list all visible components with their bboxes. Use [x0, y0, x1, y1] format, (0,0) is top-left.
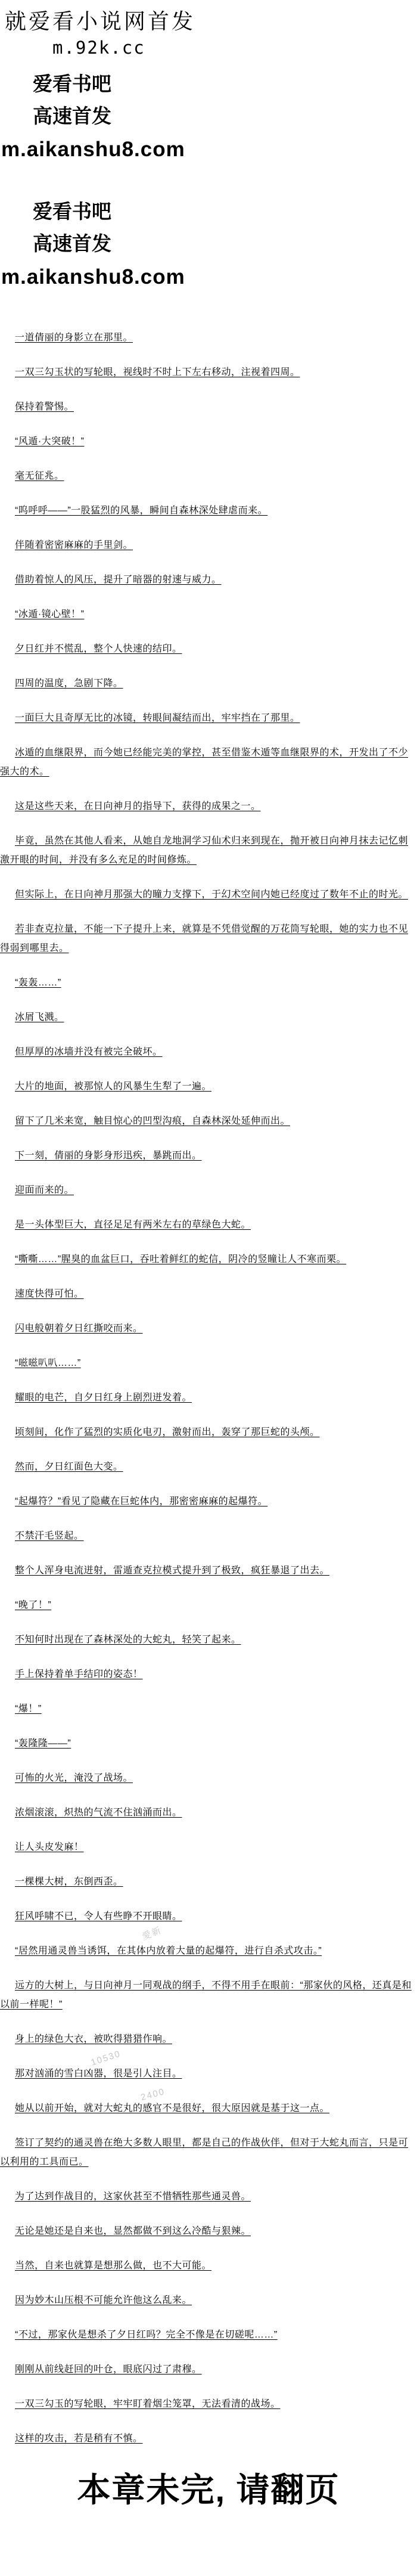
novel-paragraph: 冰屑飞溅。: [0, 1008, 417, 1027]
novel-paragraph: 刚刚从前线赶回的叶仓，眼底闪过了肃穆。: [0, 2360, 417, 2379]
novel-paragraph: 冰遁的血继限界，而今她已经能完美的掌控，甚至借鉴木遁等血继限界的术，开发出了不少…: [0, 743, 417, 782]
novel-paragraph: “轰隆隆——”: [0, 1734, 417, 1753]
novel-paragraph: 但实际上，在日向神月那强大的瞳力支撑下，于幻术空间内她已经度过了数年不止的时光。: [0, 885, 417, 904]
novel-paragraph: 迎面而来的。: [0, 1181, 417, 1200]
novel-paragraph: 闪电般朝着夕日红撕咬而来。: [0, 1319, 417, 1338]
novel-paragraph: 大片的地面，被那惊人的风暴生生犁了一遍。: [0, 1077, 417, 1096]
novel-paragraph: 四周的温度，急剧下降。: [0, 674, 417, 693]
novel-paragraph: 耀眼的电芒，自夕日红身上剧烈迸发着。: [0, 1388, 417, 1408]
novel-content: 一道倩丽的身影立在那里。一双三勾玉状的写轮眼，视线时不时上下左右移动，注视着四周…: [0, 328, 417, 2448]
novel-paragraph: 伴随着密密麻麻的手里剑。: [0, 536, 417, 555]
novel-paragraph: 远方的大树上，与日向神月一同观战的纲手，不得不用手在眼前：“那家伙的风格，还真是…: [0, 1976, 417, 2014]
novel-paragraph: 浓烟滚滚，炽热的气流不住汹涌而出。: [0, 1803, 417, 1822]
novel-paragraph: 狂风呼啸不已，令人有些睁不开眼睛。: [0, 1907, 417, 1926]
promo-block-2: 爱看书吧 高速首发 m.aikanshu8.com: [0, 200, 417, 289]
novel-paragraph: 但厚厚的冰墙并没有被完全破坏。: [0, 1043, 417, 1062]
novel-paragraph: “轰轰……”: [0, 974, 417, 993]
novel-paragraph: “呜呼呼——”一股猛烈的风暴，瞬间自森林深处肆虐而来。: [0, 501, 417, 520]
novel-paragraph: 签订了契约的通灵兽在绝大多数人眼里，都是自己的作战伙伴，但对于大蛇丸而言，只是可…: [0, 2134, 417, 2172]
chapter-unfinished-notice: 本章未完, 请翻页: [0, 2464, 417, 2519]
promo-speed-label: 高速首发: [33, 232, 417, 256]
novel-paragraph: “居然用通灵兽当诱饵，在其体内放着大量的起爆符，进行自杀式攻击。”: [0, 1942, 417, 1961]
novel-paragraph: 毕竟，虽然在其他人看来，从她自龙地洞学习仙术归来到现在，抛开被日向神月抹去记忆刺…: [0, 832, 417, 870]
novel-paragraph: “爆！”: [0, 1700, 417, 1719]
novel-paragraph: 整个人浑身电流迸射，雷遁查克拉模式提升到了极致，疯狂暴退了出去。: [0, 1561, 417, 1580]
novel-paragraph: 下一刻，倩丽的身影身形迅疾，暴跳而出。: [0, 1146, 417, 1165]
novel-paragraph: 不禁汗毛竖起。: [0, 1527, 417, 1546]
novel-paragraph: 保持着警惕。: [0, 398, 417, 417]
novel-paragraph: 一面巨大且奇厚无比的冰镜，转眼间凝结而出，牢牢挡在了那里。: [0, 709, 417, 728]
site-url-link[interactable]: m.92k.cc: [52, 38, 417, 58]
novel-paragraph: 留下了几米来宽，触目惊心的凹型沟痕，自森林深处延伸而出。: [0, 1112, 417, 1131]
promo-speed-label: 高速首发: [33, 104, 417, 128]
novel-paragraph: 手上保持着单手结印的姿态！: [0, 1665, 417, 1684]
novel-paragraph: 顷刻间，化作了猛烈的实质化电刃，激射而出，轰穿了那巨蛇的头颅。: [0, 1423, 417, 1442]
novel-paragraph: 不知何时出现在了森林深处的大蛇丸，轻笑了起来。: [0, 1630, 417, 1650]
novel-paragraph: 然而，夕日红面色大变。: [0, 1458, 417, 1477]
promo-url-link[interactable]: m.aikanshu8.com: [1, 265, 417, 289]
novel-paragraph: “嘶嘶……”腥臭的血盆巨口，吞吐着鲜红的蛇信，阴冷的竖瞳让人不寒而栗。: [0, 1250, 417, 1269]
novel-paragraph: “晚了！”: [0, 1596, 417, 1615]
novel-paragraph: 一双三勾玉的写轮眼，牢牢盯着烟尘笼罩，无法看清的战场。: [0, 2395, 417, 2414]
novel-paragraph: 当然，自来也就算是想那么做，也不大可能。: [0, 2256, 417, 2276]
novel-paragraph: 无论是她还是自来也，显然都做不到这么冷酷与狠辣。: [0, 2222, 417, 2241]
novel-paragraph: 可怖的火光，淹没了战场。: [0, 1769, 417, 1788]
novel-paragraph: 若非查克拉量，不能一下子提升上来，就算是不凭借觉醒的万花筒写轮眼，她的实力也不见…: [0, 920, 417, 958]
novel-paragraph: 速度快得可怕。: [0, 1285, 417, 1304]
novel-paragraph: “风遁·大突破！”: [0, 432, 417, 451]
novel-paragraph: 一棵棵大树，东倒西歪。: [0, 1873, 417, 1892]
promo-block-1: 爱看书吧 高速首发 m.aikanshu8.com: [0, 72, 417, 162]
promo-site-name: 爱看书吧: [33, 72, 417, 96]
novel-paragraph: 是一头体型巨大，直径足足有两米左右的草绿色大蛇。: [0, 1216, 417, 1235]
novel-paragraph: 一道倩丽的身影立在那里。: [0, 328, 417, 348]
novel-paragraph: “起爆符？”看见了隐藏在巨蛇体内，那密密麻麻的起爆符。: [0, 1492, 417, 1511]
novel-paragraph: 毫无征兆。: [0, 467, 417, 486]
novel-paragraph: “不过，那家伙是想杀了夕日红吗？完全不像是在切磋呢……”: [0, 2326, 417, 2345]
page-header: 就爱看小说网首发 m.92k.cc 爱看书吧 高速首发 m.aikanshu8.…: [0, 0, 417, 289]
novel-paragraph: 借助着惊人的风压，提升了暗器的射速与威力。: [0, 571, 417, 590]
novel-paragraph: 身上的绿色大衣，被吹得猎猎作响。: [0, 2030, 417, 2049]
site-origin-mark: 就爱看小说网首发: [5, 5, 417, 35]
novel-paragraph: “嗞嗞叭叭……”: [0, 1354, 417, 1373]
novel-paragraph: 为了达到作战目的，这家伙甚至不惜牺牲那些通灵兽。: [0, 2187, 417, 2206]
novel-paragraph: 让人头皮发麻！: [0, 1838, 417, 1857]
promo-url-link[interactable]: m.aikanshu8.com: [1, 138, 417, 162]
novel-paragraph: 因为妙木山压根不可能允许他这么乱来。: [0, 2291, 417, 2310]
novel-paragraph: 这是这些天来，在日向神月的指导下，获得的成果之一。: [0, 797, 417, 816]
novel-paragraph: 她从以前开始，就对大蛇丸的感官不是很好，很大原因就是基于这一点。: [0, 2099, 417, 2118]
novel-paragraph: 那对汹涌的雪白凶器，很是引人注目。: [0, 2064, 417, 2084]
novel-paragraph: 一双三勾玉状的写轮眼，视线时不时上下左右移动，注视着四周。: [0, 363, 417, 382]
promo-site-name: 爱看书吧: [33, 200, 417, 224]
novel-paragraph: “冰遁·镜心壁！”: [0, 605, 417, 624]
novel-paragraph: 夕日红并不慌乱，整个人快速的结印。: [0, 640, 417, 659]
novel-paragraph: 这样的攻击，若是稍有不慎。: [0, 2429, 417, 2448]
